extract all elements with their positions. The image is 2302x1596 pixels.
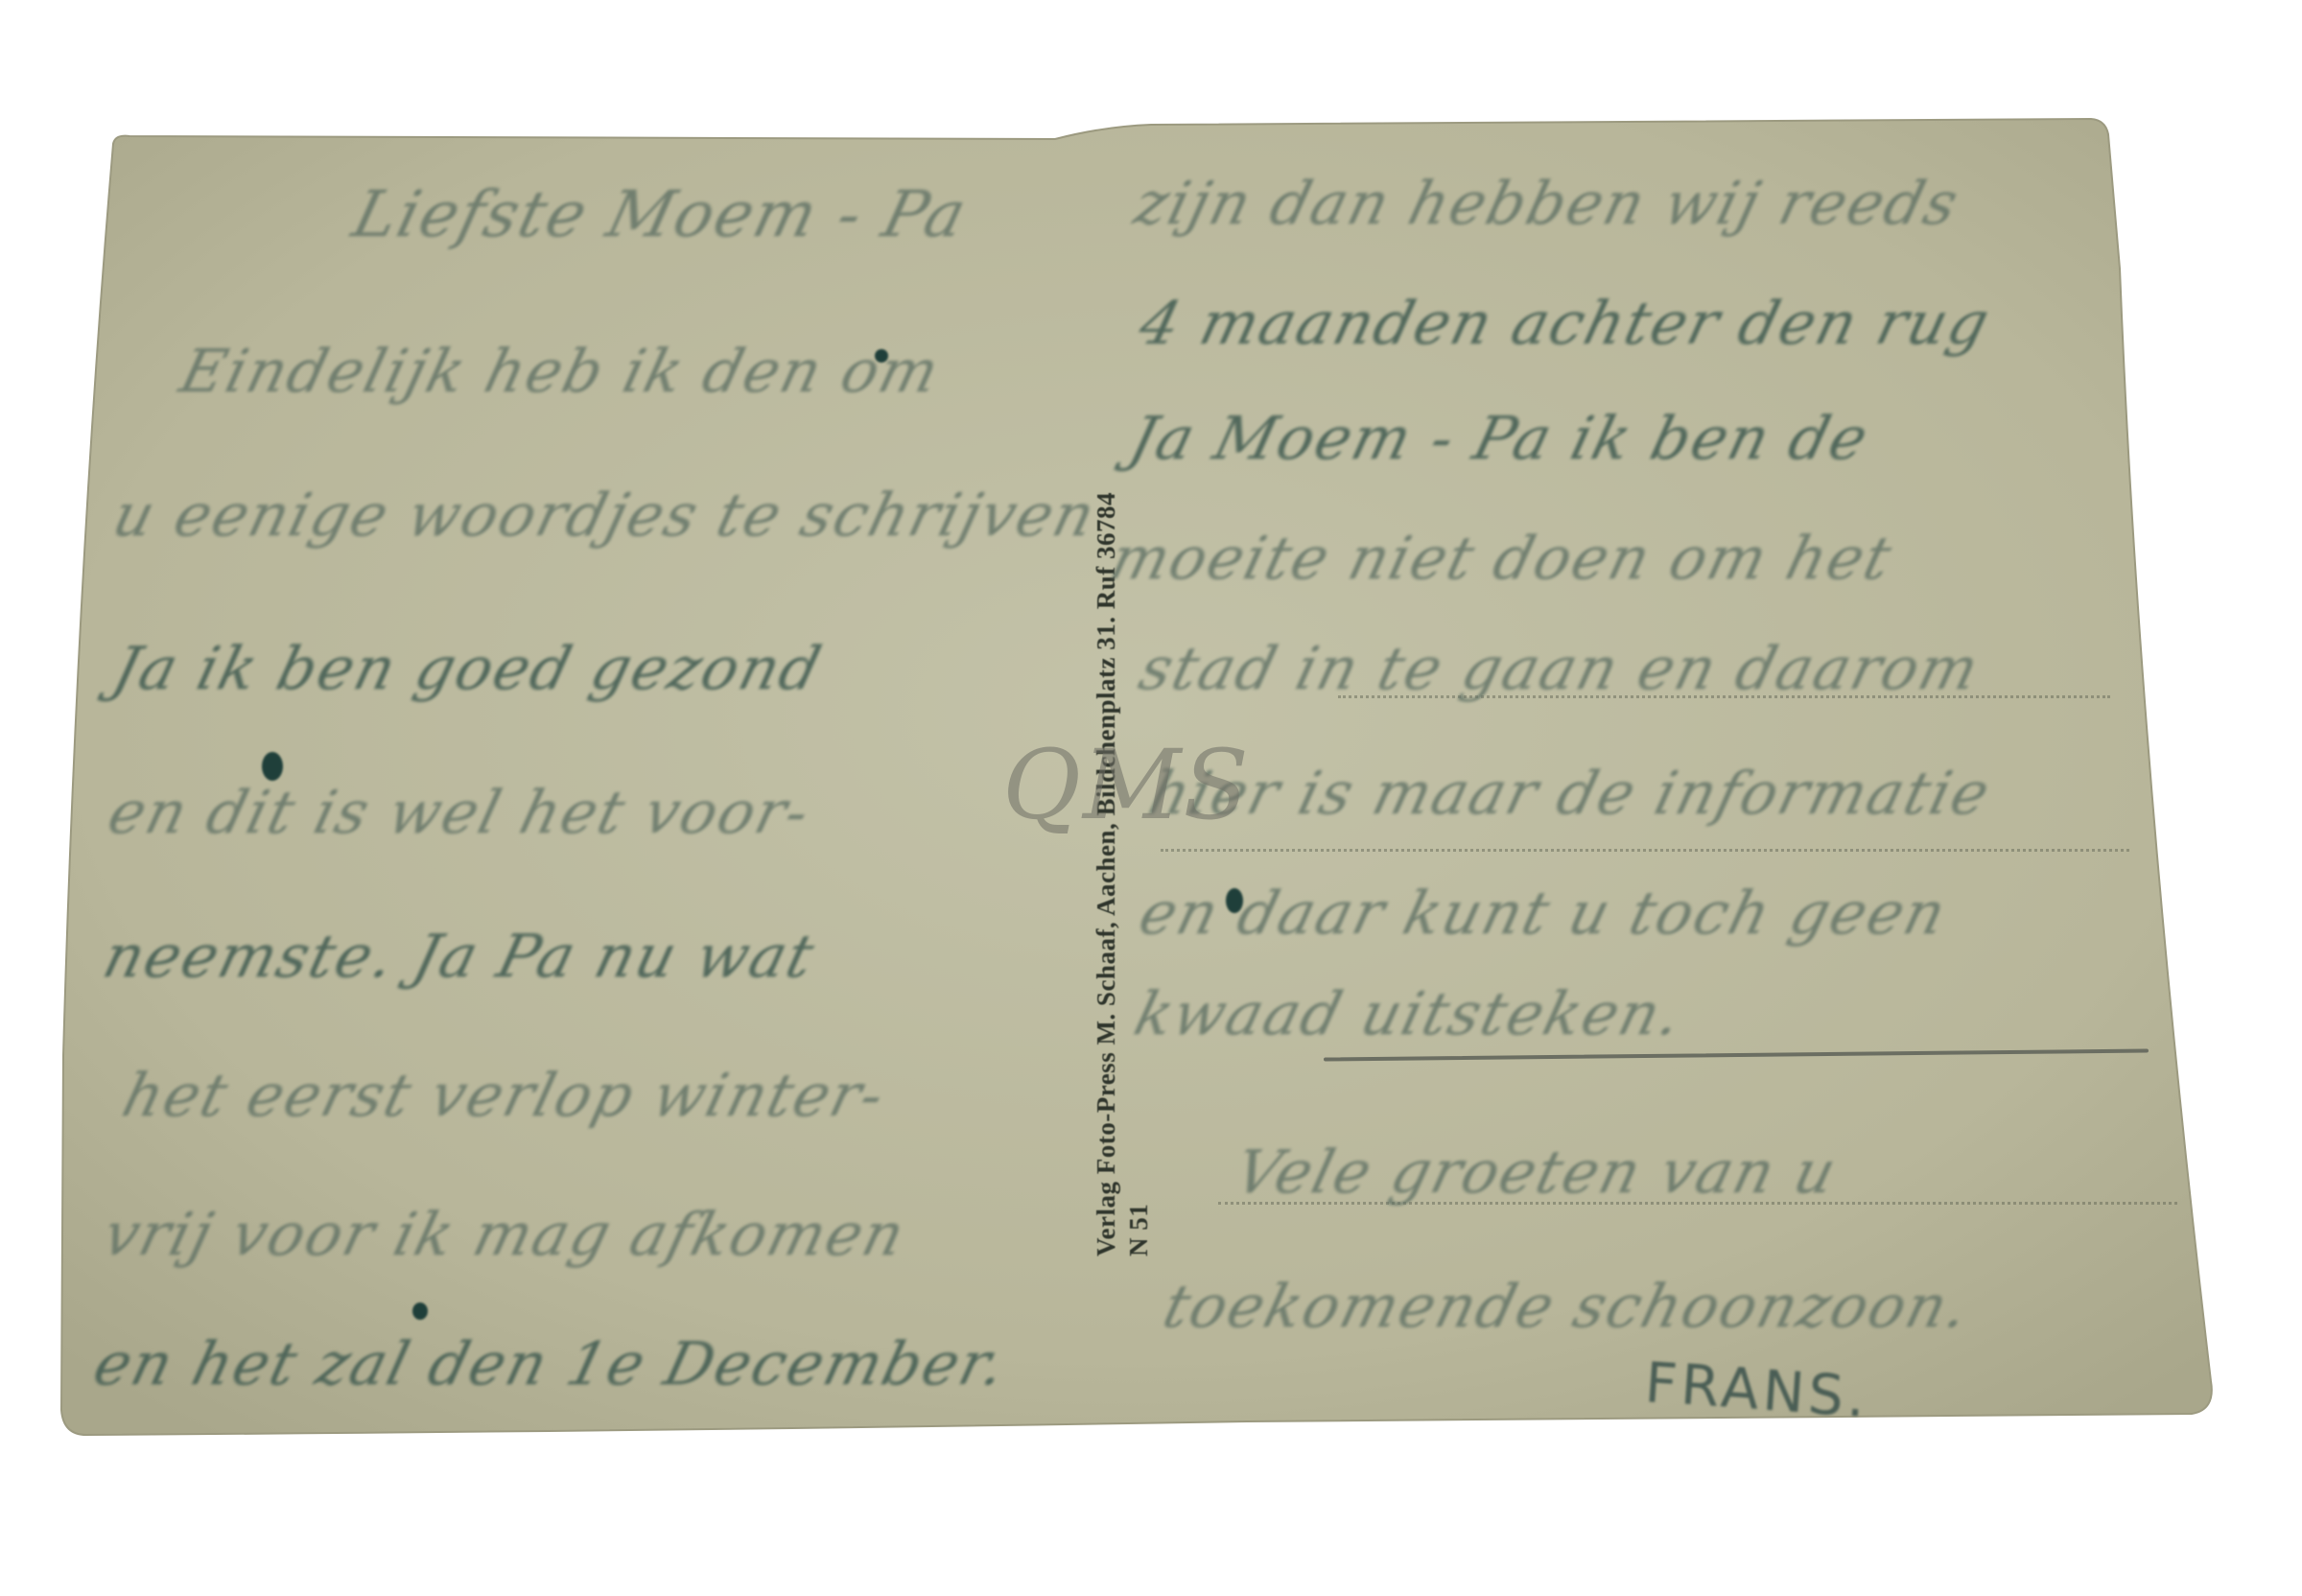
- letter-line: toekomende schoonzoon.: [1157, 1271, 1978, 1341]
- address-line: [1161, 849, 2129, 852]
- ink-blot: [1226, 888, 1243, 913]
- letter-line: moeite niet doen om het: [1104, 523, 1900, 593]
- letter-line: stad in te gaan en daarom: [1133, 633, 1987, 703]
- publisher-imprint: Verlag Foto-Press M. Schaaf, Aachen, Bil…: [1092, 492, 1121, 1256]
- watermark: QMS: [1002, 729, 1251, 841]
- letter-line: en daar kunt u toch geen: [1133, 878, 1955, 948]
- letter-line: Ja Moem - Pa ik ben de: [1123, 403, 1876, 473]
- publisher-number: N 51: [1124, 1204, 1154, 1256]
- ink-blot: [262, 752, 283, 781]
- ink-blot: [875, 349, 888, 363]
- postcard: Liefste Moem - Pa Eindelijk heb ik den o…: [0, 0, 2302, 1596]
- letter-line: Vele groeten van u: [1229, 1137, 1844, 1207]
- letter-line: Ja ik ben goed gezond: [106, 633, 830, 703]
- letter-line: hier is maar de informatie: [1142, 758, 1998, 828]
- letter-line: zijn dan hebben wij reeds: [1128, 168, 1967, 238]
- letter-line: kwaad uitsteken.: [1128, 978, 1690, 1048]
- letter-line: 4 maanden achter den rug: [1133, 288, 1998, 358]
- letter-line: neemste. Ja Pa nu wat: [97, 921, 823, 991]
- letter-line: en dit is wel het voor-: [102, 777, 818, 847]
- letter-line: Liefste Moem - Pa: [345, 177, 975, 251]
- letter-line: en het zal den 1e December.: [87, 1328, 1014, 1398]
- letter-line: het eerst verlop winter-: [116, 1060, 893, 1130]
- ink-blot: [412, 1303, 428, 1320]
- letter-line: Eindelijk heb ik den om: [174, 336, 948, 406]
- letter-line: u eenige woordjes te schrijven: [106, 480, 1104, 550]
- letter-line: vrij voor ik mag afkomen: [97, 1199, 913, 1269]
